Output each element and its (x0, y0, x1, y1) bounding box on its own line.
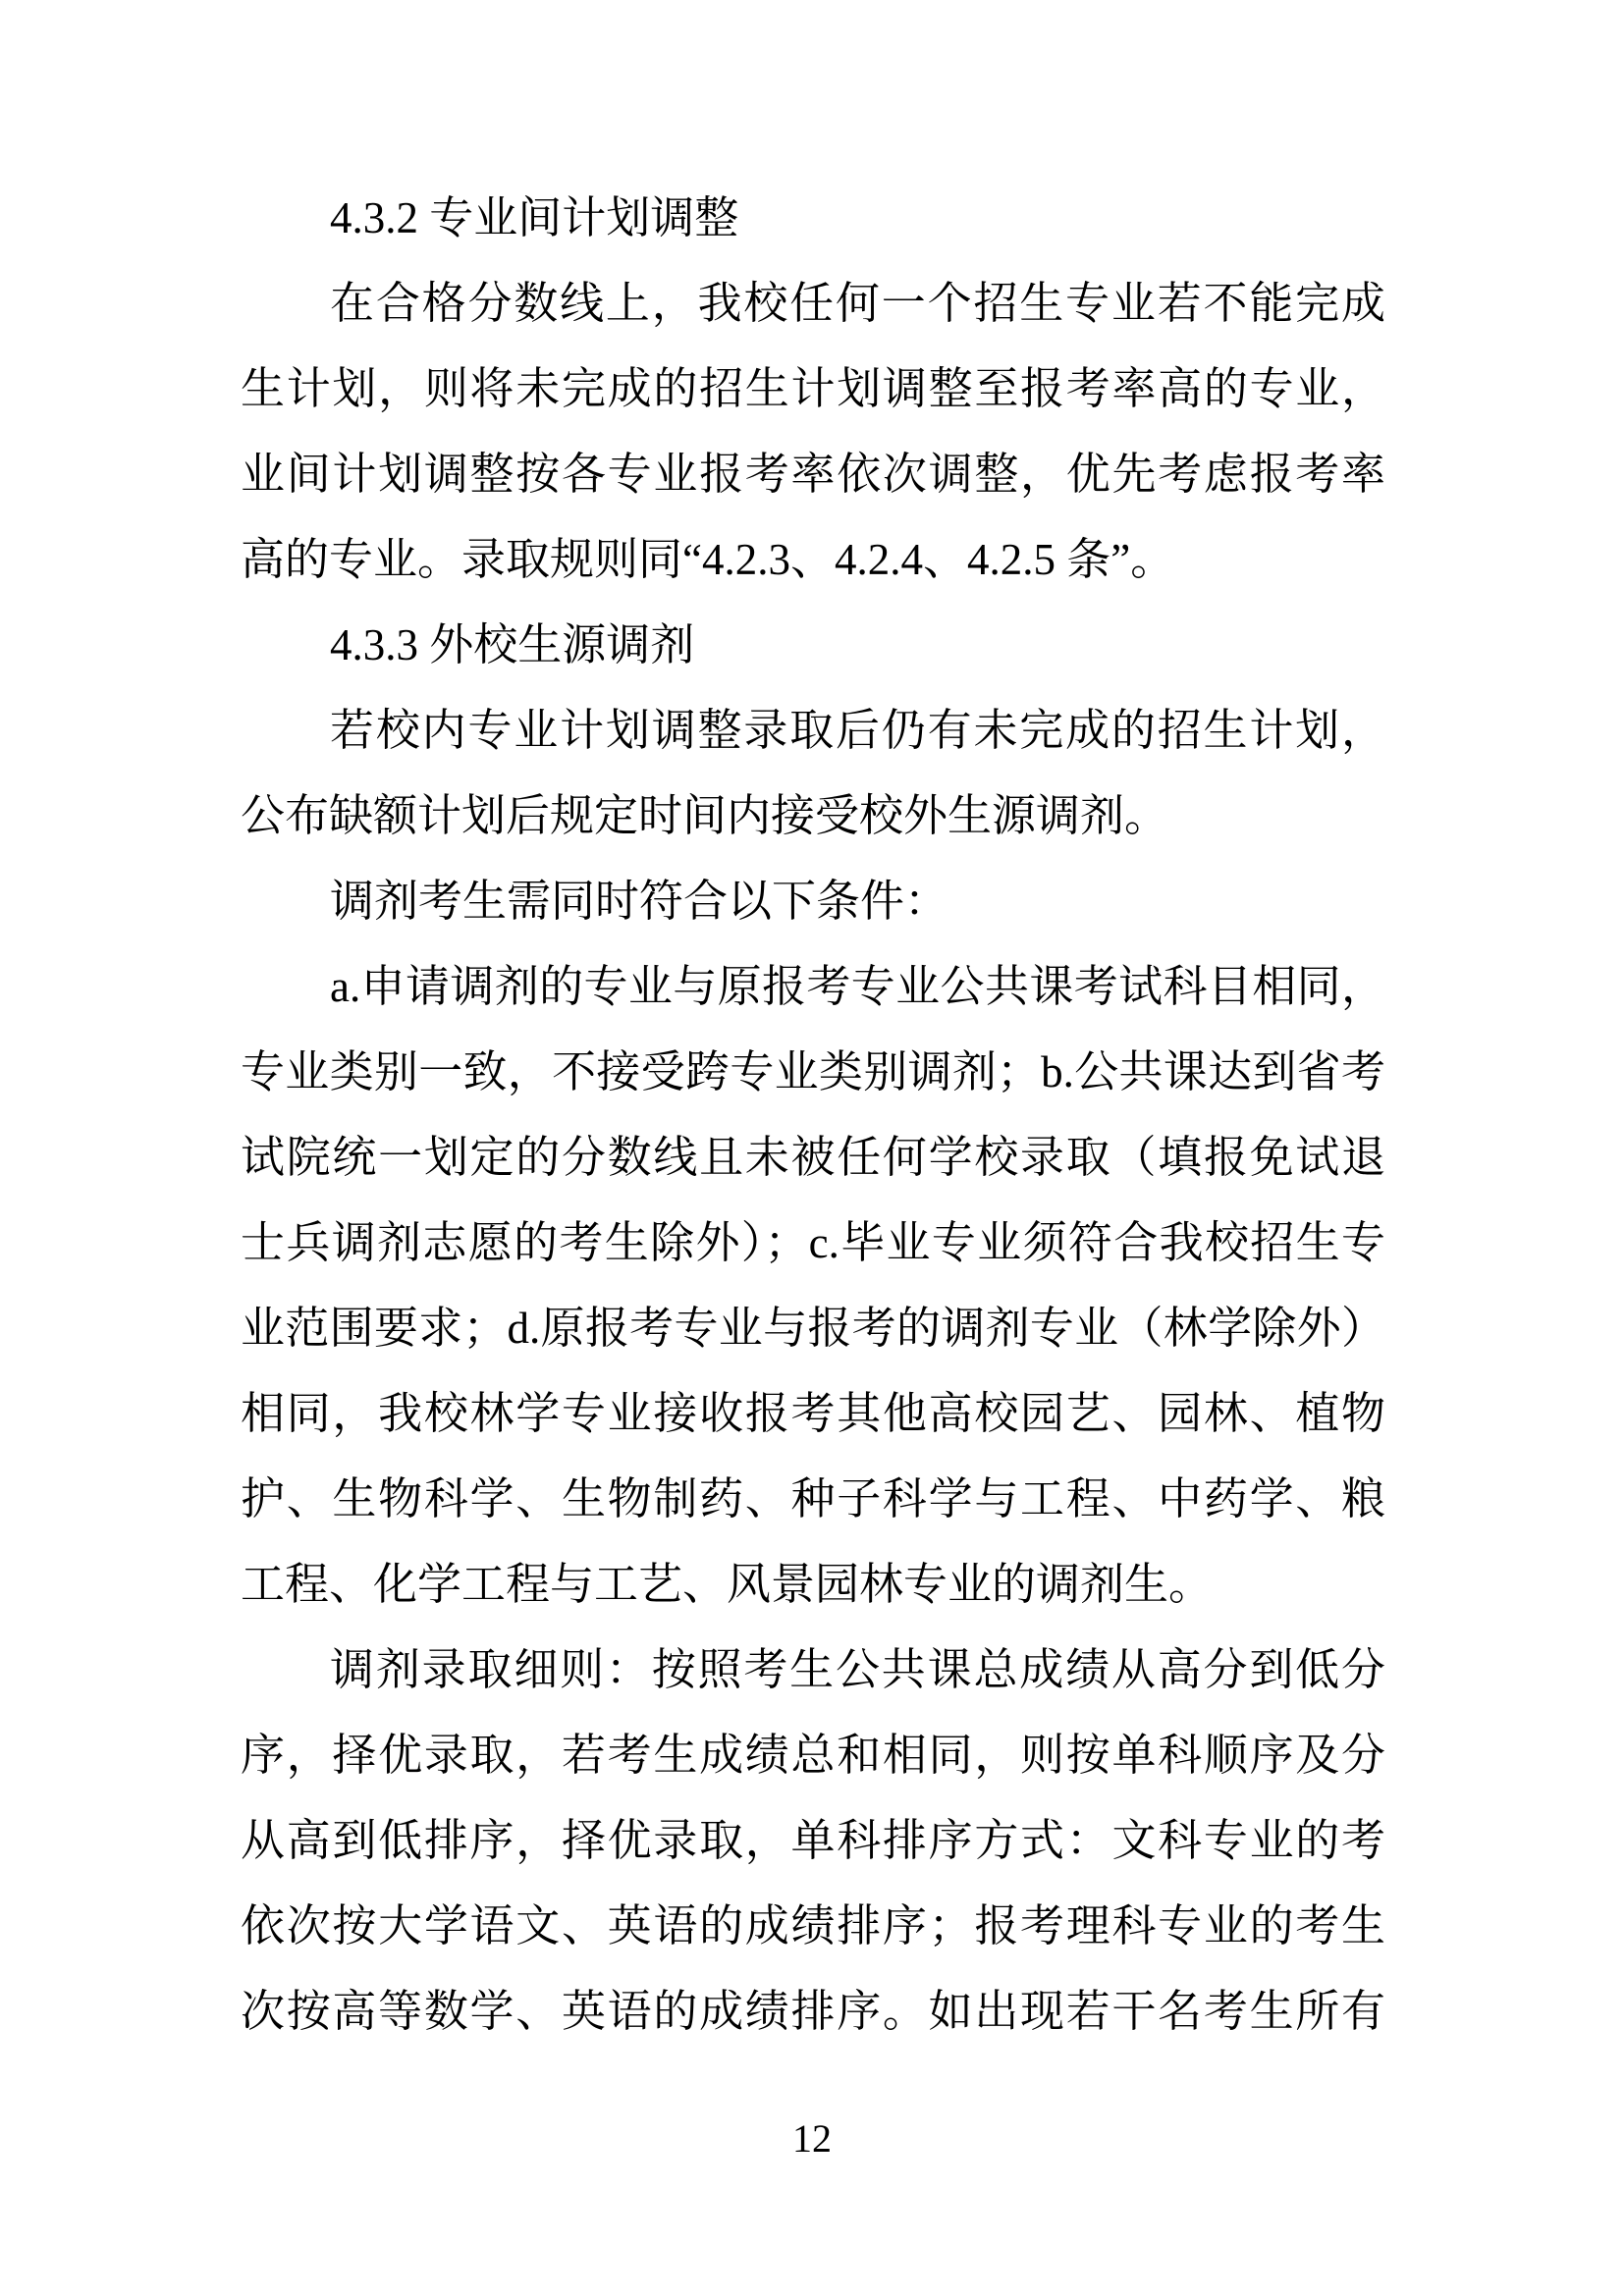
text-line: 业间计划调整按各专业报考率依次调整，优先考虑报考率最 (241, 432, 1385, 517)
section-heading-4-3-3: 4.3.3 外校生源调剂 (241, 603, 1385, 688)
text-line: 公布缺额计划后规定时间内接受校外生源调剂。 (241, 774, 1385, 859)
text-line: 调剂录取细则：按照考生公共课总成绩从高分到低分排 (241, 1628, 1385, 1713)
body-text: 4.3.2 专业间计划调整 在合格分数线上，我校任何一个招生专业若不能完成招 生… (241, 176, 1385, 2055)
text-line: 生计划，则将未完成的招生计划调整至报考率高的专业，专 (241, 347, 1385, 432)
page-number: 12 (792, 2116, 832, 2161)
text-line: 次按高等数学、英语的成绩排序。如出现若干名考生所有课 (241, 1969, 1385, 2055)
text-line: 士兵调剂志愿的考生除外）；c.毕业专业须符合我校招生专 (241, 1201, 1385, 1286)
text-line: 试院统一划定的分数线且未被任何学校录取（填报免试退役 (241, 1115, 1385, 1201)
text-line: a.申请调剂的专业与原报考专业公共课考试科目相同， (241, 944, 1385, 1030)
text-line: 护、生物科学、生物制药、种子科学与工程、中药学、粮食 (241, 1457, 1385, 1542)
text-line: 相同，我校林学专业接收报考其他高校园艺、园林、植物保 (241, 1371, 1385, 1457)
text-line: 若校内专业计划调整录取后仍有未完成的招生计划，在 (241, 688, 1385, 774)
text-line: 工程、化学工程与工艺、风景园林专业的调剂生。 (241, 1542, 1385, 1628)
page-footer: 12 (0, 2116, 1624, 2162)
document-page: 4.3.2 专业间计划调整 在合格分数线上，我校任何一个招生专业若不能完成招 生… (0, 0, 1624, 2296)
text-line: 高的专业。录取规则同“4.2.3、4.2.4、4.2.5 条”。 (241, 517, 1385, 603)
section-heading-4-3-2: 4.3.2 专业间计划调整 (241, 176, 1385, 261)
text-line: 依次按大学语文、英语的成绩排序；报考理科专业的考生依 (241, 1884, 1385, 1969)
text-line: 调剂考生需同时符合以下条件： (241, 859, 1385, 944)
text-line: 在合格分数线上，我校任何一个招生专业若不能完成招 (241, 261, 1385, 347)
text-line: 从高到低排序，择优录取，单科排序方式：文科专业的考生 (241, 1798, 1385, 1884)
text-line: 专业类别一致，不接受跨专业类别调剂；b.公共课达到省考 (241, 1030, 1385, 1115)
text-line: 序，择优录取，若考生成绩总和相同，则按单科顺序及分数 (241, 1713, 1385, 1798)
text-line: 业范围要求；d.原报考专业与报考的调剂专业（林学除外） (241, 1286, 1385, 1371)
